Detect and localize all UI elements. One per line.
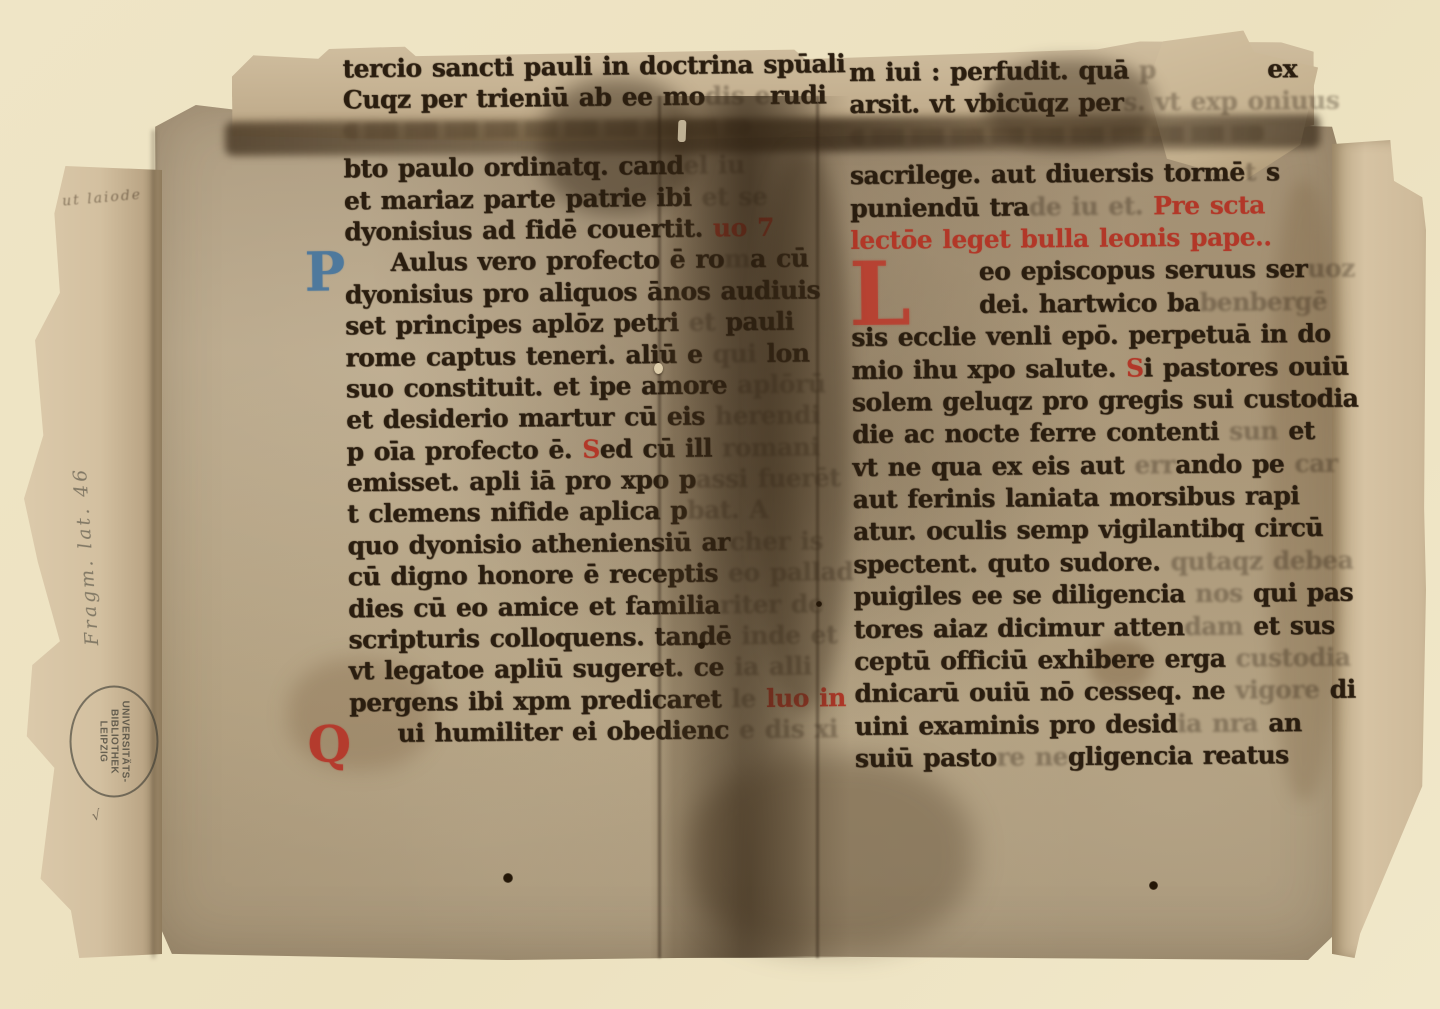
stain (985, 58, 1155, 150)
body-text: spectent. quto sudore. (853, 547, 1170, 579)
fold-crease (152, 130, 155, 958)
body-text: t clemens nifide aplica p (347, 496, 687, 529)
body-text: err (1134, 450, 1175, 479)
wormhole (816, 601, 822, 607)
library-stamp: UNIVERSITÄTS- BIBLIOTHEK LEIPZIG (70, 686, 159, 798)
body-text: uoz (1307, 254, 1355, 283)
body-text: qui pas (1243, 578, 1354, 608)
body-text: die ac nocte ferre contenti (852, 417, 1229, 449)
stain (540, 78, 695, 213)
body-text: puigiles ee se diligencia (853, 579, 1195, 611)
body-text: ando pe (1175, 449, 1284, 479)
text-line: vt ne qua ex eis aut errando pe car (852, 449, 1304, 485)
wormhole (1149, 881, 1158, 890)
body-text: eo episcopus seruus ser (979, 254, 1308, 286)
body-text: mio ihu xpo salute. (851, 353, 1126, 384)
text-line: aut ferinis laniata morsibus rapi (853, 481, 1305, 517)
text-line: Leo episcopus seruus seruoz (851, 254, 1303, 290)
text-line: tercio sancti pauli in doctrina spūali (342, 50, 786, 86)
body-text: sun (1229, 417, 1278, 446)
body-text: re ne (996, 742, 1068, 772)
body-text: solem geluqz pro gregis sui custodia (852, 383, 1359, 416)
body-text: set principes aplōz petri (345, 308, 689, 341)
rubric-text: Pre scta (1153, 190, 1265, 220)
text-line: atur. oculis semp vigilantibq circū (853, 513, 1305, 549)
body-text: custodia (1235, 643, 1350, 673)
body-text: ex (1267, 54, 1297, 83)
stamp-line: UNIVERSITÄTS- (120, 701, 131, 783)
body-text: s. vt exp oniuus (1123, 86, 1339, 117)
body-text: an (1258, 708, 1302, 737)
paper-tab (678, 120, 687, 142)
body-text: p oīa profecto ē. (346, 435, 582, 466)
text-line: solem geluqz pro gregis sui custodia (852, 384, 1304, 420)
body-text: car (1284, 448, 1338, 477)
text-line: suiū pastore negligencia reatus (855, 740, 1307, 776)
body-text: puniendū tra (850, 192, 1029, 223)
body-text: tores aiaz dicimur atten (854, 612, 1185, 644)
body-text: vt ne qua ex eis aut (852, 450, 1134, 481)
body-text: dam (1184, 611, 1243, 641)
fold-crease (658, 96, 661, 958)
text-line: puigiles ee se diligencia nos qui pas (853, 578, 1305, 614)
text-line: tores aiaz dicimur attendam et sus (854, 611, 1306, 647)
text-line: mio ihu xpo salute. Si pastores ouiū (851, 352, 1303, 388)
body-text: sacrilege. aut diuersis tormē (850, 158, 1245, 190)
body-text: tercio sancti pauli in doctrina spūali (342, 49, 845, 83)
body-text: sis ecclie venli epō. perpetuā in do (851, 319, 1330, 352)
body-text: de iu et. (1029, 191, 1154, 221)
body-text: uini examinis pro desid (855, 709, 1178, 741)
photograph-backdrop: tercio sancti pauli in doctrina spūaliCu… (0, 0, 1440, 1009)
body-text: qutaqz debea (1170, 545, 1353, 576)
text-line: uini examinis pro desidia nra an (855, 708, 1307, 744)
body-text: benbergē (1200, 287, 1328, 317)
text-line: ceptū officiū exhibere erga custodia (854, 643, 1306, 679)
body-text: aut ferinis laniata morsibus rapi (853, 481, 1300, 514)
text-line: spectent. quto sudore. qutaqz debea (853, 546, 1305, 582)
body-text: et (1278, 416, 1315, 445)
text-line: dnicarū ouiū nō cesseq. ne vigore di (854, 675, 1306, 711)
body-text: di (1319, 675, 1355, 704)
right-page-text-column: m iui : perfudit. quā pexarsit. vt vbicū… (849, 54, 1307, 777)
stamp-line: BIBLIOTHEK (109, 709, 120, 774)
body-text: s (1256, 157, 1280, 186)
body-text: vigore (1235, 675, 1320, 705)
body-text: rome captus teneri. aliū e (345, 339, 702, 372)
illuminated-initial: Q (307, 719, 351, 769)
body-text: ia nra (1177, 708, 1258, 738)
body-text: dei. hartwico ba (979, 288, 1200, 319)
text-line: sacrilege. aut diuersis tormēt s (850, 157, 1302, 193)
body-text: dnicarū ouiū nō cesseq. ne (854, 676, 1235, 708)
body-text: ceptū officiū exhibere erga (854, 644, 1236, 676)
stamp-line: LEIPZIG (98, 721, 109, 763)
text-line: lectōe leget bulla leonis pape.. (850, 222, 1302, 258)
illuminated-initial: P (304, 245, 345, 299)
text-line: sis ecclie venli epō. perpetuā in do (851, 319, 1303, 355)
rubric-text: S (1126, 353, 1144, 382)
body-text: t (1245, 158, 1256, 187)
rubric-text: lectōe leget bulla leonis pape.. (850, 222, 1271, 255)
text-line: die ac nocte ferre contenti sun et (852, 416, 1304, 452)
parchment-hole (654, 363, 663, 374)
body-text: et sus (1243, 610, 1335, 640)
text-line: puniendū trade iu et. Pre scta (850, 190, 1302, 226)
stain (758, 150, 850, 710)
body-text: gligencia reatus (1068, 740, 1289, 771)
body-text: i pastores ouiū (1143, 351, 1348, 382)
wormhole (503, 873, 513, 883)
body-text: emisset. apli iā pro xpo p (347, 465, 696, 498)
body-text: suiū pasto (855, 743, 997, 773)
body-text: atur. oculis semp vigilantibq circū (853, 513, 1323, 546)
wormhole (698, 642, 705, 649)
rubric-text: S (582, 434, 600, 463)
body-text: nos (1195, 579, 1243, 608)
text-line: dei. hartwico babenbergē (851, 287, 1303, 323)
